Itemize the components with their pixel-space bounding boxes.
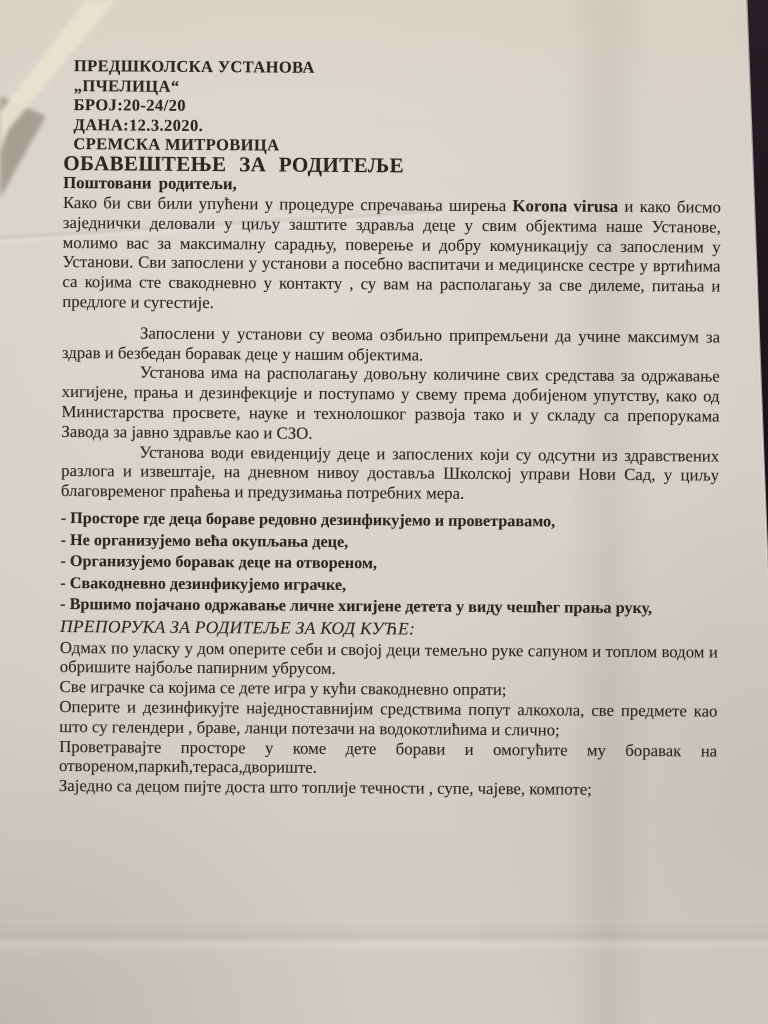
measures-list: - Просторе где деца бораве редовно дезин… bbox=[60, 508, 719, 620]
recommendations-list: Одмах по уласку у дом оперите себи и сво… bbox=[59, 638, 718, 801]
paragraph-intro: Како би сви били упућени у процедуре спр… bbox=[62, 193, 721, 316]
paragraph-supplies: Установа има на располагању довољну коли… bbox=[61, 362, 720, 446]
recommendation-item: Проветравајте просторе у коме дете борав… bbox=[59, 737, 717, 781]
paragraph-preparedness: Запослени у установи су веома озбиљно пр… bbox=[62, 323, 720, 367]
photo-frame: ПРЕДШКОЛСКА УСТАНОВА „ПЧЕЛИЦА“ БРОЈ:20-2… bbox=[0, 0, 768, 1024]
paragraph-records: Установа води евиденцију деце и запослен… bbox=[61, 442, 719, 506]
intro-text-after: и како бисмо заједнички деловали у циљу … bbox=[62, 197, 721, 312]
recommendation-item: Одмах по уласку у дом оперите себи и сво… bbox=[60, 638, 718, 682]
letterhead: ПРЕДШКОЛСКА УСТАНОВА „ПЧЕЛИЦА“ БРОЈ:20-2… bbox=[73, 56, 722, 158]
document-content: ПРЕДШКОЛСКА УСТАНОВА „ПЧЕЛИЦА“ БРОЈ:20-2… bbox=[59, 56, 722, 800]
recommendation-item: Оперите и дезинфикујте наједноставнијим … bbox=[59, 697, 717, 741]
korona-virus-bold: Korona virusa bbox=[512, 196, 618, 216]
intro-text-before: Како би сви били упућени у процедуре спр… bbox=[63, 193, 513, 215]
paper-crease-bottom bbox=[0, 922, 768, 956]
